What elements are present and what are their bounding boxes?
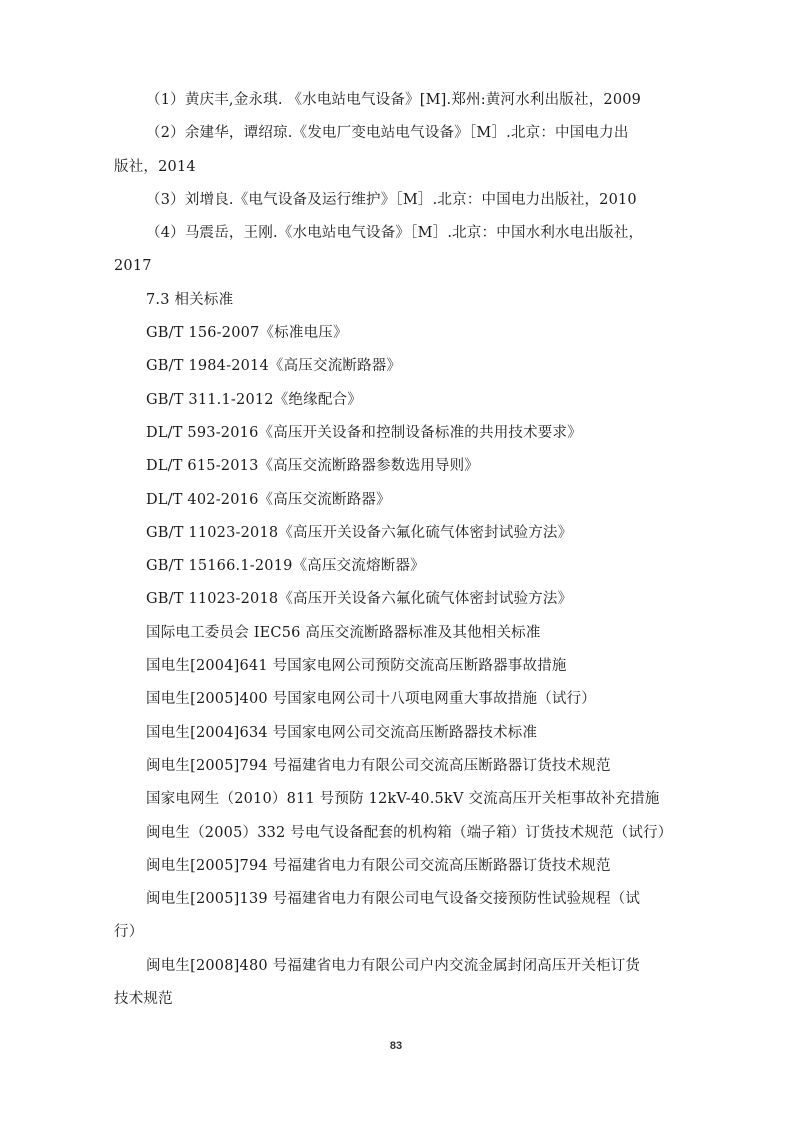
reference-item: （3）刘增良.《电气设备及运行维护》［M］.北京：中国电力出版社，2010 <box>114 184 686 217</box>
standard-item: DL/T 615-2013《高压交流断路器参数选用导则》 <box>114 450 686 483</box>
standard-item: DL/T 402-2016《高压交流断路器》 <box>114 484 686 517</box>
document-page: （1）黄庆丰,金永琪. 《水电站电气设备》[M].郑州:黄河水利出版社，2009… <box>114 84 686 1016</box>
standard-item: GB/T 156-2007《标准电压》 <box>114 317 686 350</box>
standard-item: 国电生[2005]400 号国家电网公司十八项电网重大事故措施（试行） <box>114 683 686 716</box>
standard-item: GB/T 311.1-2012《绝缘配合》 <box>114 384 686 417</box>
reference-text: （4）马震岳，王刚.《水电站电气设备》［M］.北京：中国水利水电出版社， <box>114 217 686 250</box>
reference-item: （1）黄庆丰,金永琪. 《水电站电气设备》[M].郑州:黄河水利出版社，2009 <box>114 84 686 117</box>
reference-text-continuation: 版社，2014 <box>114 151 686 184</box>
standard-item: 国家电网生（2010）811 号预防 12kV-40.5kV 交流高压开关柜事故… <box>114 783 686 816</box>
standard-item: 国际电工委员会 IEC56 高压交流断路器标准及其他相关标准 <box>114 617 686 650</box>
standard-item: GB/T 11023-2018《高压开关设备六氟化硫气体密封试验方法》 <box>114 583 686 616</box>
standard-text-continuation: 行） <box>114 916 686 949</box>
standard-item: 国电生[2004]634 号国家电网公司交流高压断路器技术标准 <box>114 717 686 750</box>
standards-list: GB/T 156-2007《标准电压》 GB/T 1984-2014《高压交流断… <box>114 317 686 1016</box>
reference-text: （3）刘增良.《电气设备及运行维护》［M］.北京：中国电力出版社，2010 <box>114 184 686 217</box>
standard-item: 闽电生[2005]139 号福建省电力有限公司电气设备交接预防性试验规程（试 行… <box>114 883 686 950</box>
reference-text: （1）黄庆丰,金永琪. 《水电站电气设备》[M].郑州:黄河水利出版社，2009 <box>114 84 686 117</box>
reference-text: （2）余建华，谭绍琼.《发电厂变电站电气设备》［M］.北京：中国电力出 <box>114 117 686 150</box>
reference-text-continuation: 2017 <box>114 250 686 283</box>
standard-item: 国电生[2004]641 号国家电网公司预防交流高压断路器事故措施 <box>114 650 686 683</box>
standard-item: 闽电生[2005]794 号福建省电力有限公司交流高压断路器订货技术规范 <box>114 850 686 883</box>
reference-item: （4）马震岳，王刚.《水电站电气设备》［M］.北京：中国水利水电出版社， 201… <box>114 217 686 284</box>
standard-item: GB/T 11023-2018《高压开关设备六氟化硫气体密封试验方法》 <box>114 517 686 550</box>
standard-text: 闽电生[2005]139 号福建省电力有限公司电气设备交接预防性试验规程（试 <box>114 883 686 916</box>
standard-item: 闽电生（2005）332 号电气设备配套的机构箱（端子箱）订货技术规范（试行） <box>114 817 686 850</box>
reference-item: （2）余建华，谭绍琼.《发电厂变电站电气设备》［M］.北京：中国电力出 版社，2… <box>114 117 686 184</box>
standard-item: 闽电生[2008]480 号福建省电力有限公司户内交流金属封闭高压开关柜订货 技… <box>114 950 686 1017</box>
standard-item: GB/T 15166.1-2019《高压交流熔断器》 <box>114 550 686 583</box>
section-heading: 7.3 相关标准 <box>114 284 686 317</box>
standard-item: DL/T 593-2016《高压开关设备和控制设备标准的共用技术要求》 <box>114 417 686 450</box>
reference-list: （1）黄庆丰,金永琪. 《水电站电气设备》[M].郑州:黄河水利出版社，2009… <box>114 84 686 284</box>
standard-item: GB/T 1984-2014《高压交流断路器》 <box>114 350 686 383</box>
standard-text-continuation: 技术规范 <box>114 983 686 1016</box>
page-number: 83 <box>0 1040 792 1052</box>
standard-text: 闽电生[2008]480 号福建省电力有限公司户内交流金属封闭高压开关柜订货 <box>114 950 686 983</box>
standard-item: 闽电生[2005]794 号福建省电力有限公司交流高压断路器订货技术规范 <box>114 750 686 783</box>
